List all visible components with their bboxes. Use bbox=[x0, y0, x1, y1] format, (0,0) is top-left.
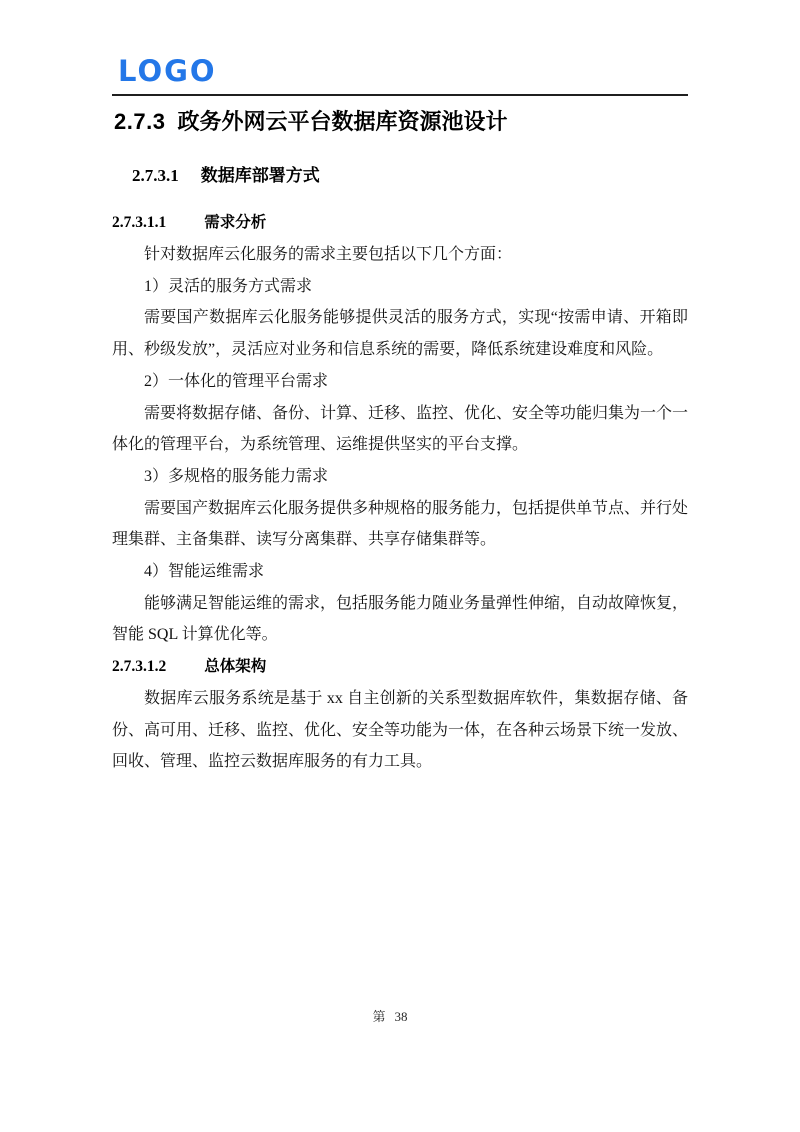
heading-section-number: 2.7.3 bbox=[114, 109, 165, 134]
page-number: 38 bbox=[395, 1009, 408, 1024]
paragraph-intelligent-ops: 能够满足智能运维的需求，包括服务能力随业务量弹性伸缩，自动故障恢复，智能 SQL… bbox=[112, 588, 688, 651]
list-item-3: 3）多规格的服务能力需求 bbox=[112, 461, 688, 493]
heading-requirements-title: 需求分析 bbox=[204, 214, 266, 231]
heading-architecture-title: 总体架构 bbox=[204, 658, 266, 675]
list-item-4: 4）智能运维需求 bbox=[112, 556, 688, 588]
heading-subsection-title: 数据库部署方式 bbox=[201, 166, 320, 185]
heading-subsection-number: 2.7.3.1 bbox=[132, 166, 179, 185]
heading-architecture-number: 2.7.3.1.2 bbox=[112, 658, 166, 675]
paragraph-intro: 针对数据库云化服务的需求主要包括以下几个方面： bbox=[112, 239, 688, 271]
paragraph-overall-architecture: 数据库云服务系统是基于 xx 自主创新的关系型数据库软件，集数据存储、备份、高可… bbox=[112, 683, 688, 778]
page-number-prefix: 第 bbox=[372, 1009, 385, 1024]
document-page: LOGO 2.7.3政务外网云平台数据库资源池设计 2.7.3.1数据库部署方式… bbox=[0, 0, 800, 1132]
heading-subsection: 2.7.3.1数据库部署方式 bbox=[132, 165, 688, 186]
paragraph-flexible-service: 需要国产数据库云化服务能够提供灵活的服务方式，实现“按需申请、开箱即用、秒级发放… bbox=[112, 302, 688, 365]
header-rule bbox=[112, 94, 688, 96]
heading-section-title: 政务外网云平台数据库资源池设计 bbox=[177, 109, 507, 134]
paragraph-multi-spec: 需要国产数据库云化服务提供多种规格的服务能力，包括提供单节点、并行处理集群、主备… bbox=[112, 493, 688, 556]
heading-section: 2.7.3政务外网云平台数据库资源池设计 bbox=[114, 109, 688, 135]
heading-architecture: 2.7.3.1.2总体架构 bbox=[112, 651, 688, 683]
list-item-1: 1）灵活的服务方式需求 bbox=[112, 271, 688, 303]
company-logo: LOGO bbox=[118, 56, 688, 86]
page-content: LOGO 2.7.3政务外网云平台数据库资源池设计 2.7.3.1数据库部署方式… bbox=[112, 0, 688, 778]
body-text: 针对数据库云化服务的需求主要包括以下几个方面： 1）灵活的服务方式需求 需要国产… bbox=[112, 239, 688, 778]
heading-requirements-number: 2.7.3.1.1 bbox=[112, 214, 166, 231]
paragraph-unified-platform: 需要将数据存储、备份、计算、迁移、监控、优化、安全等功能归集为一个一体化的管理平… bbox=[112, 398, 688, 461]
page-footer: 第38 bbox=[0, 1006, 780, 1025]
heading-requirements: 2.7.3.1.1需求分析 bbox=[112, 213, 688, 233]
list-item-2: 2）一体化的管理平台需求 bbox=[112, 366, 688, 398]
